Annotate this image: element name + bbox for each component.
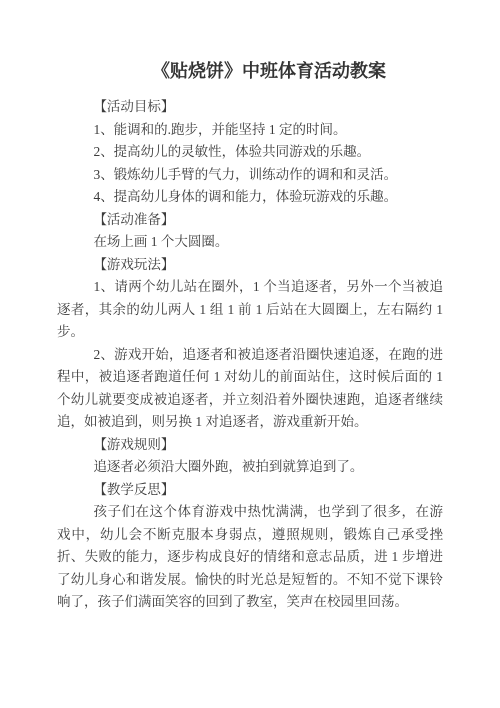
section-paragraph: 4、提高幼儿身体的调和能力，体验玩游戏的乐趣。 xyxy=(57,186,443,209)
section-paragraph: 在场上画 1 个大圆圈。 xyxy=(57,231,443,254)
section-paragraph: 2、提高幼儿的灵敏性，体验共同游戏的乐趣。 xyxy=(57,141,443,164)
section-paragraph: 孩子们在这个体育游戏中热忱满满，也学到了很多，在游戏中，幼儿会不断克服本身弱点，… xyxy=(57,501,443,614)
document-section: 【游戏规则】 追逐者必须沿大圈外跑，被拍到就算追到了。 xyxy=(57,434,443,479)
section-heading: 【游戏规则】 xyxy=(57,434,443,457)
section-paragraph: 3、锻炼幼儿手臂的气力，训练动作的调和和灵活。 xyxy=(57,164,443,187)
section-heading: 【教学反思】 xyxy=(57,479,443,502)
document-section: 【活动准备】 在场上画 1 个大圆圈。 xyxy=(57,209,443,254)
document-body: 【活动目标】 1、能调和的.跑步，并能坚持 1 定的时间。2、提高幼儿的灵敏性，… xyxy=(57,96,443,614)
document-title: 《贴烧饼》中班体育活动教案 xyxy=(57,0,443,84)
section-heading: 【活动准备】 xyxy=(57,209,443,232)
section-paragraph: 1、请两个幼儿站在圈外，1 个当追逐者，另外一个当被追逐者，其余的幼儿两人 1 … xyxy=(57,276,443,344)
document-section: 【教学反思】 孩子们在这个体育游戏中热忱满满，也学到了很多，在游戏中，幼儿会不断… xyxy=(57,479,443,614)
document-section: 【游戏玩法】 1、请两个幼儿站在圈外，1 个当追逐者，另外一个当被追逐者，其余的… xyxy=(57,254,443,434)
section-paragraph: 追逐者必须沿大圈外跑，被拍到就算追到了。 xyxy=(57,456,443,479)
section-paragraph: 2、游戏开始，追逐者和被追逐者沿圈快速追逐，在跑的进程中，被追逐者跑道任何 1 … xyxy=(57,344,443,434)
section-heading: 【游戏玩法】 xyxy=(57,254,443,277)
document-page: 《贴烧饼》中班体育活动教案 【活动目标】 1、能调和的.跑步，并能坚持 1 定的… xyxy=(0,0,500,614)
document-section: 【活动目标】 1、能调和的.跑步，并能坚持 1 定的时间。2、提高幼儿的灵敏性，… xyxy=(57,96,443,209)
section-heading: 【活动目标】 xyxy=(57,96,443,119)
section-paragraph: 1、能调和的.跑步，并能坚持 1 定的时间。 xyxy=(57,119,443,142)
